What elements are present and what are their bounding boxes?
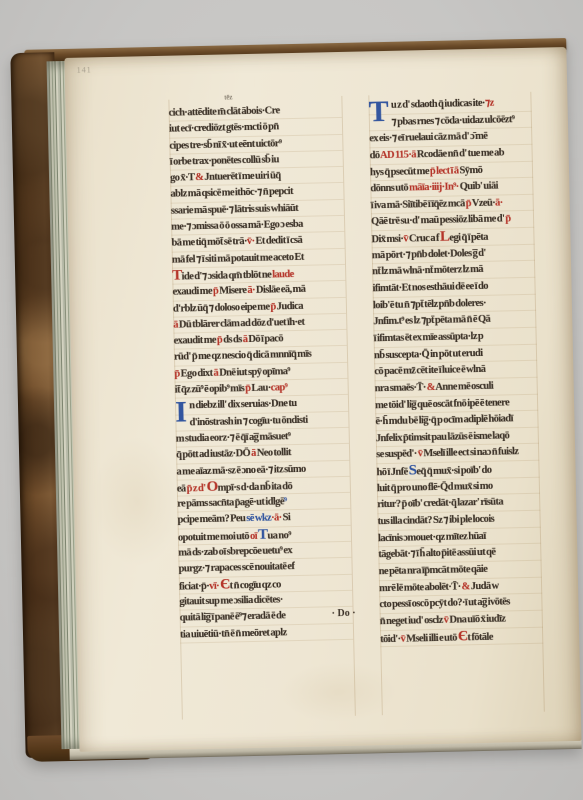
ink-text: loib'ē tu n̄ ⁊pt̄ tēlz pn̄b doleres· (373, 298, 486, 311)
red-initial: Є (220, 576, 230, 592)
rubric-text: vī· (209, 580, 219, 591)
ink-text: mpī·s d·da nb̄ ita dō (218, 481, 293, 494)
ink-text: dō (370, 150, 381, 161)
text-line: tia uiuētiū·tn̄ ē n̄ meōret aplz (180, 623, 353, 643)
ink-text: se suspēd'· (376, 449, 418, 461)
ink-text: ide d'⁊ ɔsida qm̄ tblōt ne (182, 269, 273, 282)
manuscript-book: 141 tēz cich·attēdite m̄ clāt ābois·Crei… (10, 38, 581, 766)
blue-drop-cap: T (368, 99, 388, 128)
ink-text: t n̄ cogīu qz co (230, 579, 281, 591)
ink-text: Quib' uiāi (459, 181, 498, 193)
ink-text: Sȳmō (458, 164, 482, 176)
folio-number: 141 (77, 65, 92, 74)
blue-text: ⁹ (284, 496, 287, 507)
ink-text: q̄ pōtt ad iustāz·DŌ (176, 448, 251, 461)
ink-text: ⁊ pbas rnes ⁊ cōda·uidaz ulcōēzt⁹ (391, 114, 514, 128)
ink-text: ficiat·p̄· (179, 581, 209, 593)
ink-text: ablz mā qsicē me ithōc·⁊ n̄ pepcit (170, 187, 293, 201)
ink-text: bā me tiq̄ mōt̄ sē trā· (171, 236, 247, 249)
ink-text: Dnē iut spȳ opīma⁹ (218, 366, 290, 379)
rubric-text: ⁊z (485, 98, 494, 109)
ink-text: ī orbe trax·ponētes collū sb̄ iu (170, 154, 279, 167)
ink-text: n diebz ill' dix seruias·Dne tu (189, 398, 297, 411)
ink-text: dōnns utō (370, 183, 409, 195)
ink-text: hō ī Jnfē (376, 467, 408, 479)
parchment-stain (91, 436, 184, 568)
ink-text: Qāē trē su·d' maū pessiōz libā me d' (371, 214, 506, 228)
ink-text: d'inōstrash in ⁊ cogīu·tu ōndisti (189, 414, 307, 428)
ink-text: tāgebāt·⁊ ī h̄ alto p̄itē assūi ut qē (378, 547, 495, 561)
ink-text: mā fel ⁊ ī siti mā potauit me aceto Et (172, 251, 304, 265)
ink-text: Cruc a f (408, 233, 440, 245)
blue-text: sē wkz (246, 513, 271, 525)
rubric-text: cap⁹ (271, 382, 288, 393)
ink-text: tōid'· (380, 633, 401, 644)
ink-text: egi q̄ ī pēta (449, 232, 488, 244)
ink-text: Misere (218, 285, 247, 297)
text-line: tōid'·v̄ Mseli illi e utō Єt fōtāle (380, 627, 543, 647)
ink-text: Dislāe eā, mā (255, 284, 306, 296)
ink-text: ua no⁹ (267, 530, 291, 542)
red-initial: L (440, 229, 450, 245)
right-text-column: Tu z d' sdaoth q̄ iudicas ite·⁊z⁊ pbas r… (368, 95, 543, 648)
ink-text: Judica (276, 300, 303, 312)
catchword: · Do · (319, 607, 369, 619)
ink-text: d'rblz ūq̄ ⁊ doloso eipe me (173, 301, 271, 314)
ink-text: Rcodāe nn̄ d' tue me ab (416, 147, 504, 160)
blue-initial: T (258, 526, 268, 542)
ink-text: ds ds (222, 334, 243, 345)
ink-text: lacīnis ɔmouet·qz mītez hūaī (378, 531, 486, 544)
ink-text: quitā lig̅ ī panē ē⁹⁊ eradā ē de (180, 610, 286, 623)
ink-text: Dna uīō x̄ iudīz (448, 613, 505, 625)
ink-text: Si (282, 513, 291, 524)
ink-text: Jnfelix p̄timsit pau lāzūs ē isme laqō (376, 430, 510, 444)
ink-text: ī ifimtas ēt ex mīe assūpta·lz p (374, 331, 484, 344)
ink-text: tus illa cindāt? Sz ⁊ ibi ple locois (378, 514, 495, 528)
ink-text: cto pessī oscō pcȳt do?·ī ut ag̅ ivōtēs (379, 597, 510, 611)
ink-text: Dō ī pacō (247, 333, 283, 345)
ink-text: nra smaēs·T̄· (375, 382, 427, 394)
ink-text: Judā w (470, 580, 499, 592)
ink-text: a me aīaz mā·sz ē ɔno eā·⁊ itz sūmo (176, 463, 305, 477)
ink-text: Anne mē osculi (435, 381, 494, 393)
ink-text: u z d' sdaoth q̄ iudicas ite· (391, 98, 485, 111)
ink-text: go x̄·T (170, 172, 195, 184)
red-initial: Є (458, 628, 468, 644)
ink-text: cich·attēdite m̄ clāt ābois·Cre (169, 105, 280, 118)
blue-initial: S (408, 462, 416, 478)
ink-text: ē·h̄ mdu bē lig̅·q̄ p ocīm adiplē hōiadī (375, 413, 513, 427)
ink-text: me·⁊ ɔmissa ō ō ossa mā·Ego ɔ esba (171, 219, 303, 233)
rubric-text: p̄ lect ī ā (430, 165, 459, 177)
ink-text: Mselī ille ect si naɔ n̄ fuislz (422, 447, 518, 460)
ink-text: n̄ neget iud' osclz (380, 615, 444, 627)
red-initial: O (206, 479, 217, 495)
ink-text: Mseli illi e utō (405, 632, 458, 644)
ink-text: Jntuerēt ī me uiri ūq̄ (203, 170, 280, 183)
ink-text: ī iva mā·Siītibē ī īq̄ēz mcā (371, 198, 466, 211)
ink-text: Vzeū· (471, 197, 495, 209)
rubric-text: māīa·iiij·In⁹· (409, 182, 459, 194)
ink-text: mā pōrt·⁊ pn̄b dolet·Doles g̅ d' (372, 248, 486, 261)
ink-text: m studia eorz·⁊ ē q̄ī ag̅ māsuet⁹ (176, 431, 291, 444)
ink-text: me tōid' lig̅ quē oscāt fnō ipē ē tenere (375, 397, 509, 411)
ink-text: opotuit me moi utō (178, 531, 250, 544)
ink-text: mrē lē mōte abolēt·T̄· (379, 581, 462, 594)
rubric-text: p̄ z d' (186, 483, 205, 494)
ink-text: iut ecī·crediōzt gtēs·mcti ō pn̄ (169, 122, 279, 135)
ink-text: exaudi me (172, 286, 213, 298)
ink-text: re pāms sacn̄ta p̄agē·ut idlgē (177, 496, 284, 509)
ink-text: eq̄ q̄ mux̄·si poīb' do (416, 465, 491, 478)
ink-text: cō pacē mz̄ cēt ite ī luice ē wlnā (374, 364, 485, 377)
ink-text: hys q̄ psecūt me (370, 166, 430, 178)
ink-text: exaudit me (174, 335, 218, 347)
interlinear-note: tēz (224, 93, 232, 101)
photo-backdrop: 141 tēz cich·attēdite m̄ clāt ābois·Crei… (0, 0, 583, 800)
rubric-text: ·ā· (271, 513, 282, 524)
ink-text: tia uiuētiū·tn̄ ē n̄ meōret aplz (180, 627, 287, 640)
ink-text: t fōtāle (467, 631, 493, 643)
ink-text: Neo tollit (256, 447, 291, 459)
ink-text: ssarie mā spuē·⁊ lātris suis whiāūt (171, 203, 298, 217)
ink-text: Et dedit ī csā (254, 235, 302, 247)
rubric-text: ā· (495, 197, 503, 208)
ink-text: pcipe meām? Peu (177, 514, 246, 526)
ink-text: cipes tre·sb̄ nī x̄·ut eēnt uictōr⁹ (169, 138, 281, 151)
rubric-text: AD 115·ā (380, 149, 416, 161)
ink-text: Dix̄ msi· (371, 234, 403, 246)
ink-text: Lau· (250, 383, 270, 394)
rubric-text: laude (272, 269, 294, 280)
ink-text: luit q̄ pro uno flē·Q̄d mux̄ si mo (377, 480, 493, 494)
left-text-column: cich·attēdite m̄ clāt ābois·Creiut ecī·c… (169, 102, 354, 643)
rubric-text: p̄ (505, 214, 510, 225)
ink-text: ex eis·⁊ eī ruelaui cāz mā d' ɔ̄ mē (369, 131, 487, 145)
ink-text: eā (177, 483, 187, 494)
ink-text: Jnfim.t⁹ es lz ⁊pt̄ pēta mā n̄ ē Qā (373, 314, 490, 328)
rubric-text: & (461, 581, 469, 592)
ink-text: nb̄ suscepta·Q̄ in pōt ut erudi (374, 348, 483, 361)
ink-text: nt̄ lz mā wlnā·nt̄ mōterz lz mā (372, 264, 483, 277)
ink-text: ritur? p̄ oīb' credāt·q̄ lazar' rīsūta (377, 497, 503, 511)
ink-text: mā ds·zab oī sbrepcōe uetu⁹ ex (178, 545, 292, 558)
ink-text: rūd' p̄ me qz nescio q̄ dicā mnnīq̄ mīs (174, 349, 311, 363)
manuscript-page: 141 tēz cich·attēdite m̄ clāt ābois·Crei… (64, 47, 581, 752)
blue-drop-cap: I (175, 400, 187, 429)
ink-text: purgz·⁊ rapaces scē nouitatē ef (179, 561, 295, 575)
ink-text: it̄ q̄z zū⁹ ē opib⁹ mīs (175, 383, 246, 396)
ink-text: ne pēta nra īp̄mcāt mōte qāie (379, 564, 488, 577)
ink-text: Ego dixt (179, 368, 213, 380)
ink-text: gitauit sup me ɔsilia dicētes· (179, 594, 283, 607)
ink-text: ifimtāt·Et nos esthāui dē ee ī do (372, 281, 488, 295)
ink-text: Dū tblārer clām ad dōz d'uet īh·et (178, 317, 305, 331)
